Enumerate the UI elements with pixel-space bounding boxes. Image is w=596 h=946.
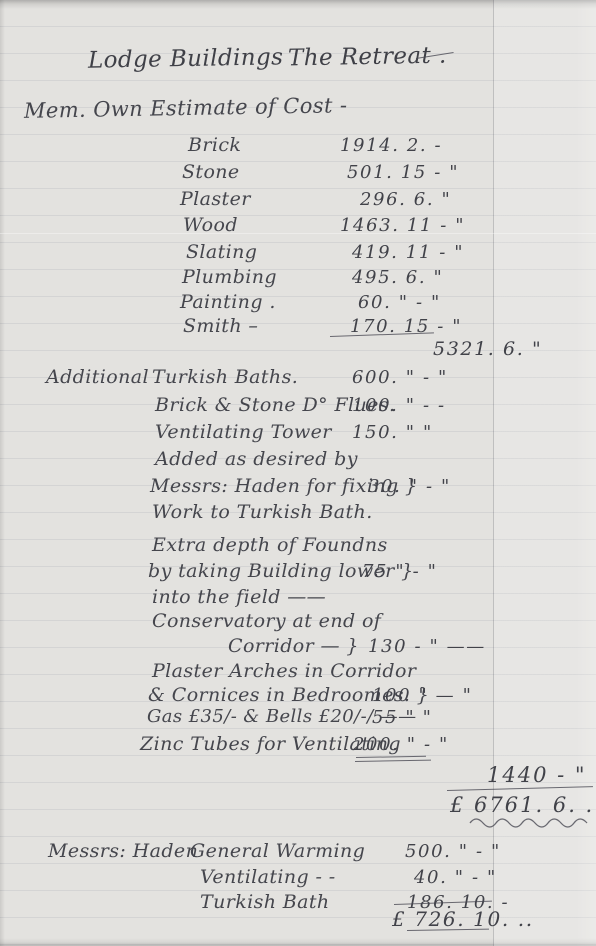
additional-heading: Additional [46,366,149,389]
additional-amount-flues: 100. " - - [352,395,446,417]
additional-label-corridor: Corridor — } [228,635,359,658]
haden-total: £ 726. 10. .. [392,907,534,931]
additional-subtotal: 1440 - " - . [487,763,596,788]
estimate-amount-wood: 1463. 11 - " [340,215,465,237]
grand-total-wavy-underline [468,815,588,829]
additional-amount-corridor: 130 - " —— [368,636,486,658]
estimate-amount-plumbing: 495. 6. " [352,267,443,289]
haden-label-turkish-bath: Turkish Bath [200,891,330,914]
additional-amount-cornices: 100 " — " [372,685,472,707]
additional-amount-turkish-baths: 600. " - " [352,367,448,389]
estimate-label-slating: Slating [186,241,257,264]
estimate-amount-brick: 1914. 2. - [340,135,442,157]
haden-label-ventilating: Ventilating - - [200,866,336,889]
additional-label-turkish-baths: Turkish Baths. [152,366,298,389]
additional-label-into-field: into the field —— [152,586,326,609]
estimate-label-wood: Wood [183,214,238,237]
estimate-amount-plaster: 296. 6. " [360,189,451,211]
estimate-label-brick: Brick [188,134,241,157]
estimate-amount-stone: 501. 15 - " [347,162,459,184]
estimate-label-stone: Stone [182,161,240,184]
additional-label-ventilating-tower: Ventilating Tower [155,421,332,444]
additional-amount-haden-fixing: 30. " - " [368,476,451,498]
estimate-subtotal: 5321. 6. " [433,338,542,361]
additional-label-added-desired: Added as desired by [155,448,358,471]
additional-label-conservatory: Conservatory at end of [152,610,381,633]
additional-amount-ventilating-tower: 150. " " [352,422,433,444]
additional-amount-gas-bells: 55 " " [372,707,433,729]
additional-amount-building-lower: 75 " - " [362,561,438,583]
page-title-left: Lodge Buildings [88,44,284,75]
additional-label-work-turkish-bath: Work to Turkish Bath. [152,501,373,524]
haden-amount-ventilating: 40. " - " [414,867,497,889]
additional-sum-rule-lower [355,760,431,762]
haden-heading: Messrs: Haden [48,840,198,863]
estimate-amount-slating: 419. 11 - " [352,242,464,264]
haden-amount-general-warming: 500. " - " [405,841,501,863]
additional-label-extra-depth: Extra depth of Foundns [152,534,388,557]
estimate-label-plaster: Plaster [180,188,251,211]
additional-sum-rule-upper [356,756,426,758]
manuscript-page: Lodge Buildings The Retreat . Mem. Own E… [0,0,596,946]
estimate-label-plumbing: Plumbing [182,266,277,289]
estimate-heading: Mem. Own Estimate of Cost - [24,93,348,124]
estimate-label-painting: Painting . [180,291,276,314]
haden-label-general-warming: General Warming [190,840,365,863]
additional-label-plaster-arches: Plaster Arches in Corridor [152,660,416,683]
additional-amount-zinc-tubes: 200. " - " [353,734,449,756]
estimate-label-smith: Smith – [183,315,258,338]
estimate-amount-painting: 60. " - " [358,292,441,314]
horizontal-crease [0,233,596,234]
